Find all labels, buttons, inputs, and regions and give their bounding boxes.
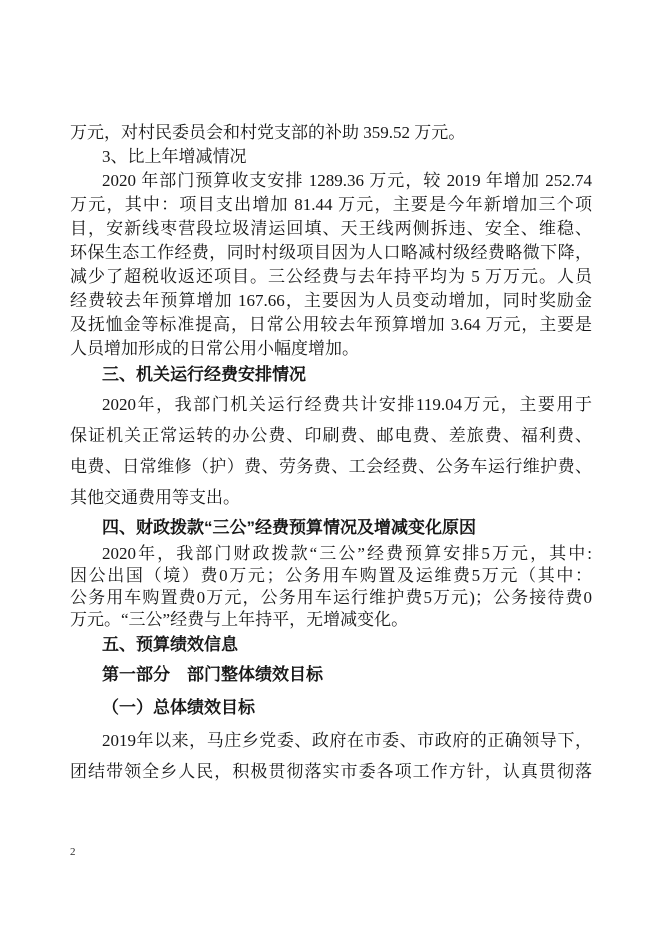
para-sangong: 2020年，我部门财政拨款“三公”经费预算安排5万元，其中:因公出国（境）费0万… <box>70 543 592 631</box>
text-line: 万元。“三公”经费与上年持平，无增减变化。 <box>70 609 592 631</box>
heading-section-4-text: 四、财政拨款“三公”经费预算情况及增减变化原因 <box>70 513 592 543</box>
text-line: 目，安新线枣营段垃圾清运回填、天王线两侧拆违、安全、维稳、 <box>70 217 592 241</box>
heading-section-5-text: 五、预算绩效信息 <box>70 631 592 659</box>
heading-sub-1: （一）总体绩效目标 <box>70 691 592 725</box>
heading-part-1: 第一部分 部门整体绩效目标 <box>70 659 592 691</box>
text-line: 环保生态工作经费，同时村级项目因为人口略减村级经费略微下降， <box>70 241 592 265</box>
document-page: 万元，对村民委员会和村党支部的补助 359.52 万元。3、比上年增减情况202… <box>0 0 662 936</box>
heading-section-4: 四、财政拨款“三公”经费预算情况及增减变化原因 <box>70 513 592 543</box>
para-subhead-3: 3、比上年增减情况 <box>70 145 592 169</box>
text-line: 减少了超税收返还项目。三公经费与去年持平均为 5 万万元。人员 <box>70 265 592 289</box>
para-carryover: 万元，对村民委员会和村党支部的补助 359.52 万元。 <box>70 121 592 145</box>
document-content: 万元，对村民委员会和村党支部的补助 359.52 万元。3、比上年增减情况202… <box>70 121 592 787</box>
heading-part-1-text: 第一部分 部门整体绩效目标 <box>70 659 592 691</box>
text-line: 2020年，我部门机关运行经费共计安排119.04万元，主要用于 <box>70 389 592 420</box>
text-line: 2020 年部门预算收支安排 1289.36 万元，较 2019 年增加 252… <box>70 169 592 193</box>
text-line: 2020年，我部门财政拨款“三公”经费预算安排5万元，其中: <box>70 543 592 565</box>
heading-section-3: 三、机关运行经费安排情况 <box>70 361 592 389</box>
text-line: 保证机关正常运转的办公费、印刷费、邮电费、差旅费、福利费、 <box>70 420 592 451</box>
text-line: 公务用车购置费0万元，公务用车运行维护费5万元)；公务接待费0 <box>70 587 592 609</box>
text-line: 经费较去年预算增加 167.66，主要因为人员变动增加，同时奖励金 <box>70 289 592 313</box>
text-line: 人员增加形成的日常公用小幅度增加。 <box>70 337 592 361</box>
text-line: 其他交通费用等支出。 <box>70 482 592 513</box>
para-overall-goal: 2019年以来，马庄乡党委、政府在市委、市政府的正确领导下，团结带领全乡人民，积… <box>70 725 592 787</box>
heading-sub-1-text: （一）总体绩效目标 <box>70 691 592 725</box>
page-number: 2 <box>70 846 76 858</box>
text-line: 电费、日常维修（护）费、劳务费、工会经费、公务车运行维护费、 <box>70 451 592 482</box>
para-year-change: 2020 年部门预算收支安排 1289.36 万元，较 2019 年增加 252… <box>70 169 592 361</box>
para-operating-expense: 2020年，我部门机关运行经费共计安排119.04万元，主要用于保证机关正常运转… <box>70 389 592 513</box>
text-line: 万元，其中：项目支出增加 81.44 万元，主要是今年新增加三个项 <box>70 193 592 217</box>
text-line: 2019年以来，马庄乡党委、政府在市委、市政府的正确领导下， <box>70 725 592 756</box>
heading-section-3-text: 三、机关运行经费安排情况 <box>70 361 592 389</box>
text-line: 3、比上年增减情况 <box>70 145 592 169</box>
text-line: 因公出国（境）费0万元；公务用车购置及运维费5万元（其中： <box>70 565 592 587</box>
text-line: 万元，对村民委员会和村党支部的补助 359.52 万元。 <box>70 121 592 145</box>
text-line: 及抚恤金等标准提高，日常公用较去年预算增加 3.64 万元，主要是 <box>70 313 592 337</box>
text-line: 团结带领全乡人民，积极贯彻落实市委各项工作方针，认真贯彻落 <box>70 756 592 787</box>
heading-section-5: 五、预算绩效信息 <box>70 631 592 659</box>
